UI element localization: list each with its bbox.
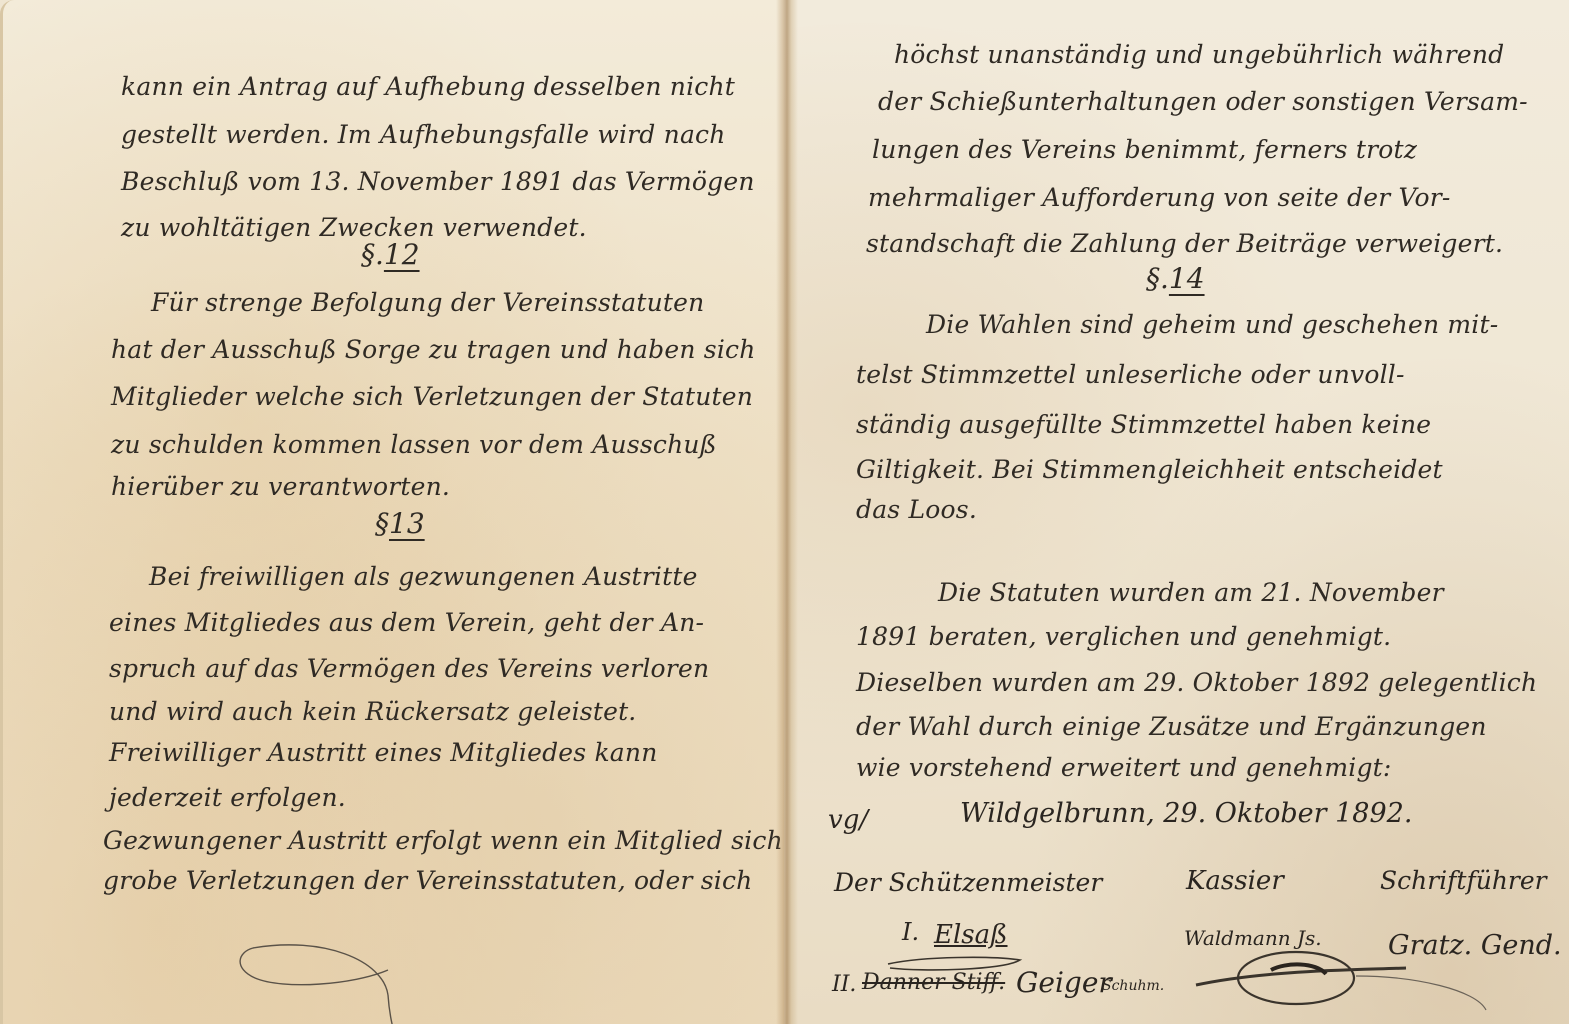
title-schuetzenmeister: Der Schützenmeister xyxy=(834,868,1102,897)
section-symbol: §. xyxy=(1146,262,1169,295)
text-line: lungen des Vereins benimmt, ferners trot… xyxy=(872,135,1417,164)
text-line: 1891 beraten, verglichen und genehmigt. xyxy=(856,622,1391,651)
text-line: das Loos. xyxy=(856,495,977,524)
text-line: hat der Ausschuß Sorge zu tragen und hab… xyxy=(111,335,756,364)
section-number: 12 xyxy=(384,238,420,271)
pen-flourish-ornament xyxy=(213,940,413,1024)
place-date: Wildgelbrunn, 29. Oktober 1892. xyxy=(960,798,1412,829)
text-line: Giltigkeit. Bei Stimmengleichheit entsch… xyxy=(856,455,1443,484)
signature-first-label: I. xyxy=(902,918,919,946)
text-line: der Schießunterhaltungen oder sonstigen … xyxy=(878,87,1528,116)
text-line: telst Stimmzettel unleserliche oder unvo… xyxy=(856,360,1405,389)
section-number: 13 xyxy=(389,507,425,540)
signature-first-name: Elsaß xyxy=(934,920,1008,950)
text-line: gestellt werden. Im Aufhebungsfalle wird… xyxy=(121,120,726,149)
text-line: höchst unanständig und ungebührlich währ… xyxy=(894,40,1504,69)
section-symbol: §. xyxy=(361,238,384,271)
text-line: eines Mitgliedes aus dem Verein, geht de… xyxy=(109,608,704,637)
right-page: höchst unanständig und ungebührlich währ… xyxy=(784,0,1569,1024)
text-line: Freiwilliger Austritt eines Mitgliedes k… xyxy=(109,738,658,767)
text-line: zu wohltätigen Zwecken verwendet. xyxy=(121,213,587,242)
text-line: zu schulden kommen lassen vor dem Aussch… xyxy=(111,430,717,459)
signature-second-struck: Danner Stiff. xyxy=(862,970,1005,995)
signature-second-label: II. xyxy=(832,972,856,997)
signature-secretary: Gratz. Gend. xyxy=(1388,930,1562,961)
text-line: Mitglieder welche sich Verletzungen der … xyxy=(111,382,753,411)
section-14-heading: §.14 xyxy=(1146,262,1205,295)
text-line: Die Statuten wurden am 21. November xyxy=(938,578,1444,607)
text-line: Bei freiwilligen als gezwungenen Austrit… xyxy=(149,562,698,591)
marginal-note: vg/ xyxy=(828,805,868,835)
signature-treasurer: Waldmann Js. xyxy=(1184,926,1322,950)
text-line: hierüber zu verantworten. xyxy=(111,472,450,501)
text-line: Für strenge Befolgung der Vereinsstatute… xyxy=(151,288,704,317)
text-line: Gezwungener Austritt erfolgt wenn ein Mi… xyxy=(103,826,783,855)
text-line: spruch auf das Vermögen des Vereins verl… xyxy=(109,654,709,683)
left-page: kann ein Antrag auf Aufhebung desselben … xyxy=(0,0,784,1024)
signature-second-name: Geiger xyxy=(1016,966,1112,999)
section-12-heading: §.12 xyxy=(361,238,420,271)
book-spread: kann ein Antrag auf Aufhebung desselben … xyxy=(0,0,1569,1024)
section-13-heading: §13 xyxy=(375,507,425,540)
signature-second-suffix: Schuhm. xyxy=(1102,978,1164,994)
text-line: Die Wahlen sind geheim und geschehen mit… xyxy=(926,310,1498,339)
text-line: der Wahl durch einige Zusätze und Ergänz… xyxy=(856,712,1487,741)
text-line: standschaft die Zahlung der Beiträge ver… xyxy=(866,229,1503,258)
section-number: 14 xyxy=(1169,262,1205,295)
text-line: jederzeit erfolgen. xyxy=(109,783,346,812)
title-schriftfuehrer: Schriftführer xyxy=(1380,866,1547,895)
text-line: und wird auch kein Rückersatz geleistet. xyxy=(109,697,636,726)
text-line: grobe Verletzungen der Vereinsstatuten, … xyxy=(103,866,752,895)
title-kassier: Kassier xyxy=(1186,866,1284,896)
section-symbol: § xyxy=(375,507,389,540)
text-line: ständig ausgefüllte Stimmzettel haben ke… xyxy=(856,410,1431,439)
text-line: kann ein Antrag auf Aufhebung desselben … xyxy=(121,72,735,101)
text-line: Beschluß vom 13. November 1891 das Vermö… xyxy=(121,167,755,196)
text-line: Dieselben wurden am 29. Oktober 1892 gel… xyxy=(856,668,1537,697)
text-line: wie vorstehend erweitert und genehmigt: xyxy=(856,753,1392,782)
text-line: mehrmaliger Aufforderung von seite der V… xyxy=(868,183,1451,212)
